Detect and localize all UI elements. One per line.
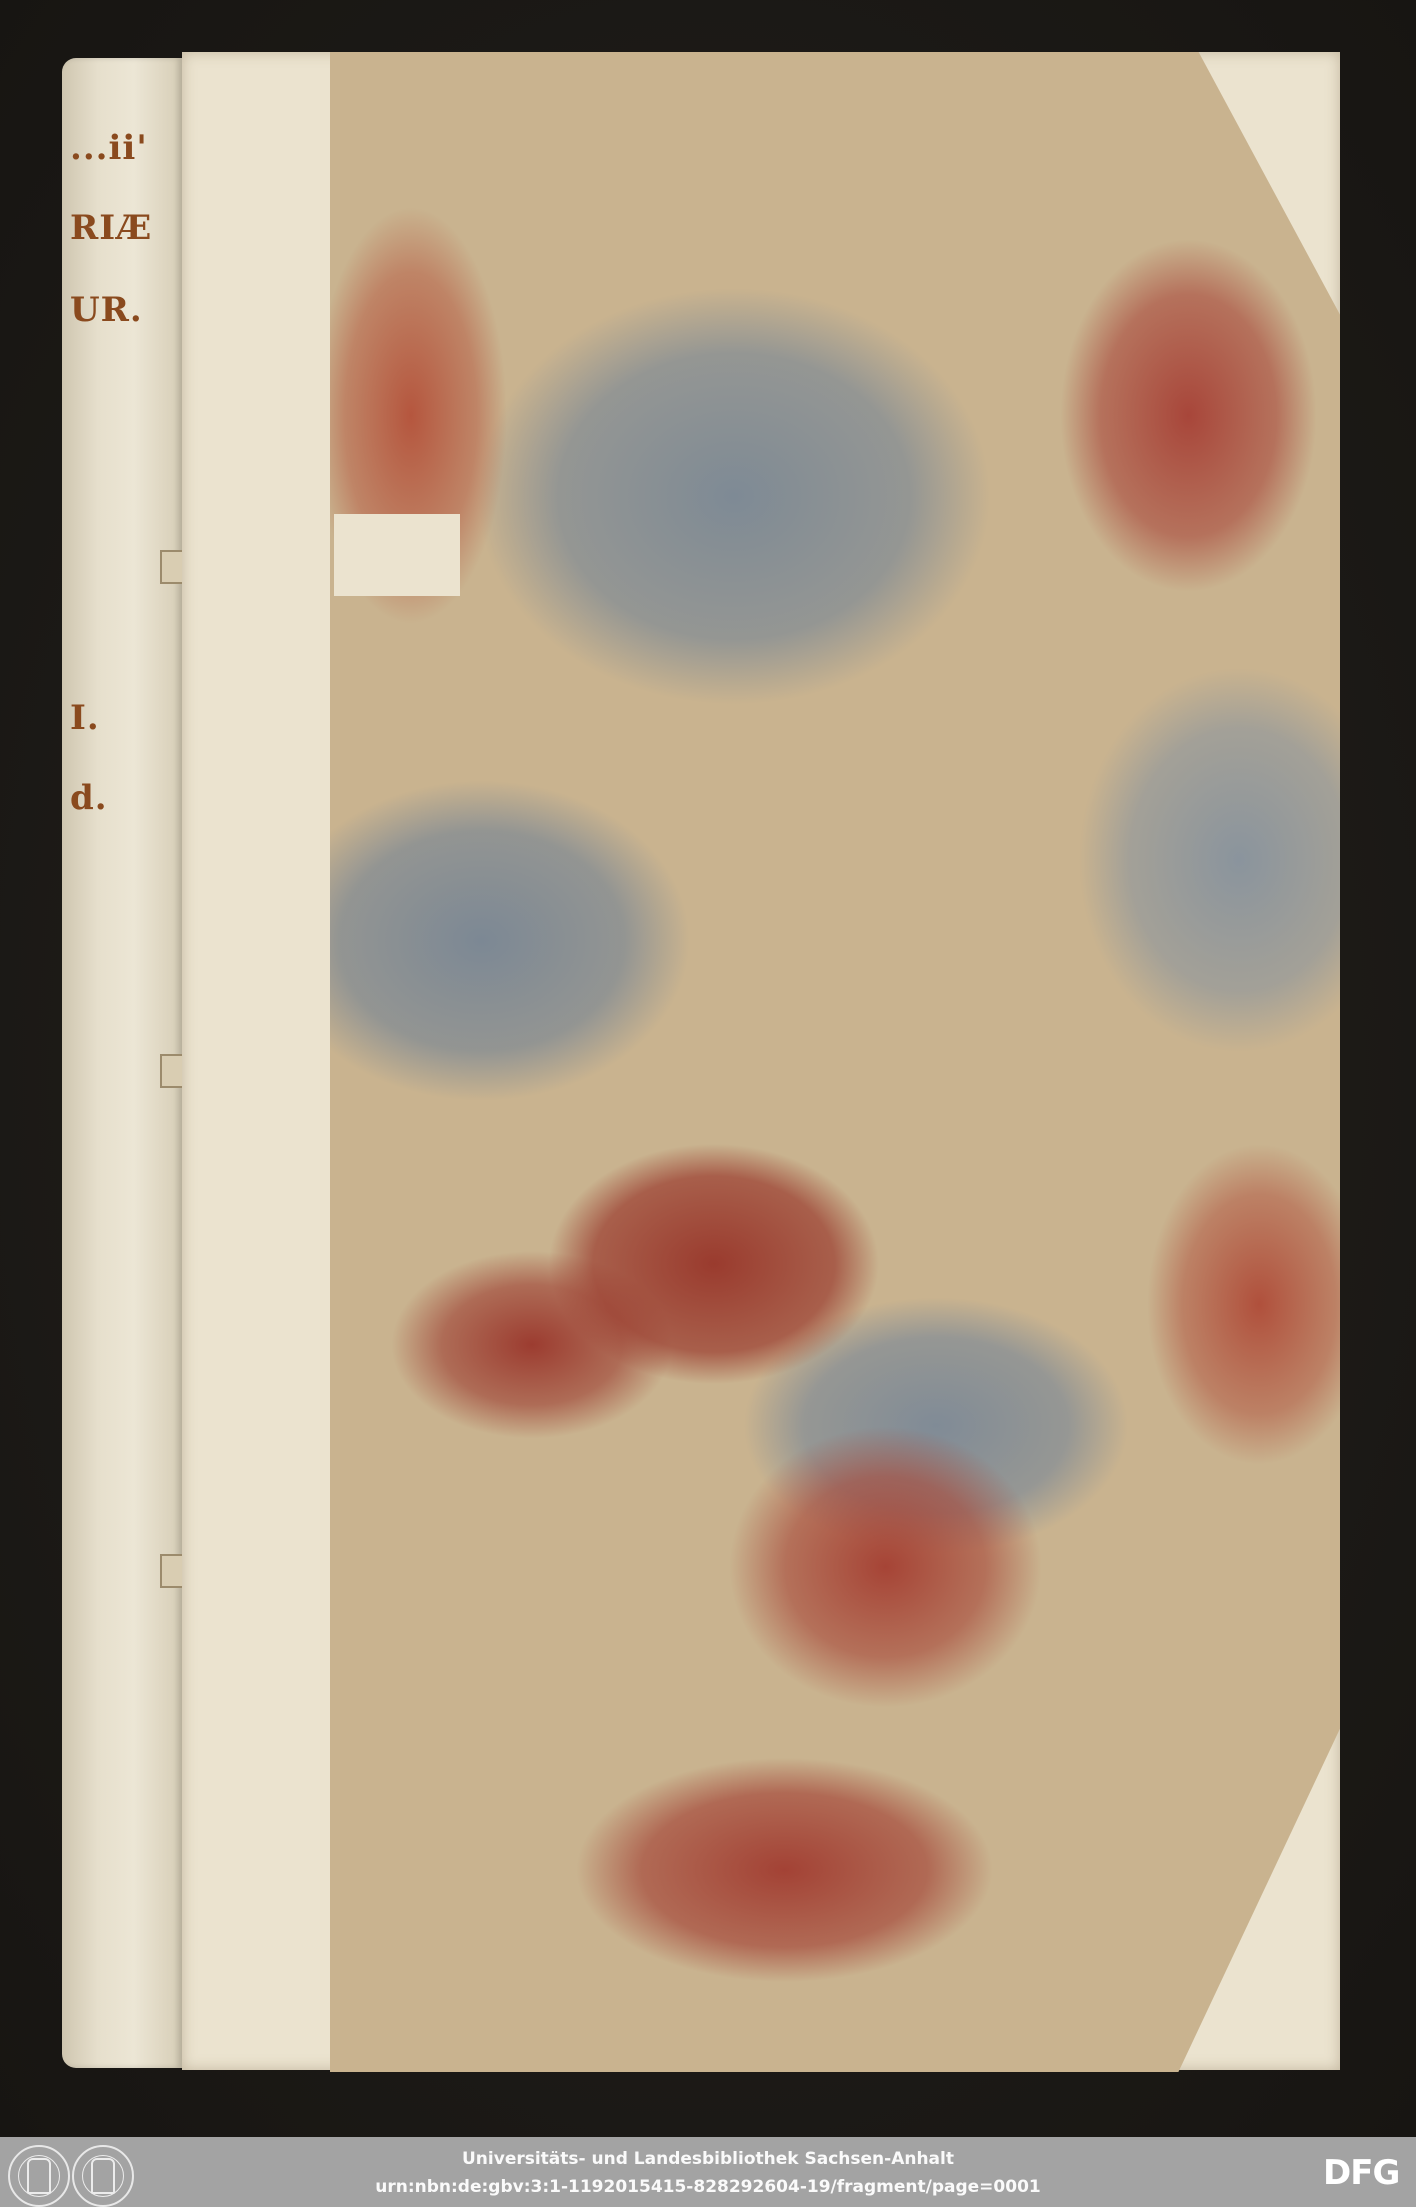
spine-label-5: d. xyxy=(70,778,108,818)
marble-tear xyxy=(334,514,460,596)
spine-label-3: UR. xyxy=(70,290,143,330)
spine-label-1: ...ii' xyxy=(70,128,148,168)
book-spine: ...ii' RIÆ UR. I. d. xyxy=(62,58,182,2068)
spine-label-4: I. xyxy=(70,698,100,738)
urn-identifier: urn:nbn:de:gbv:3:1-1192015415-828292604-… xyxy=(0,2177,1416,2197)
spine-label-2: RIÆ xyxy=(70,208,152,248)
scan-area: ...ii' RIÆ UR. I. d. xyxy=(0,0,1416,2137)
book-cover: ...ii' RIÆ UR. I. d. xyxy=(62,52,1340,2072)
footer-bar: Universitäts- und Landesbibliothek Sachs… xyxy=(0,2137,1416,2207)
marbled-paper xyxy=(330,52,1340,2072)
institution-name: Universitäts- und Landesbibliothek Sachs… xyxy=(0,2149,1416,2169)
dfg-logo-icon: DFG xyxy=(1323,2153,1399,2193)
